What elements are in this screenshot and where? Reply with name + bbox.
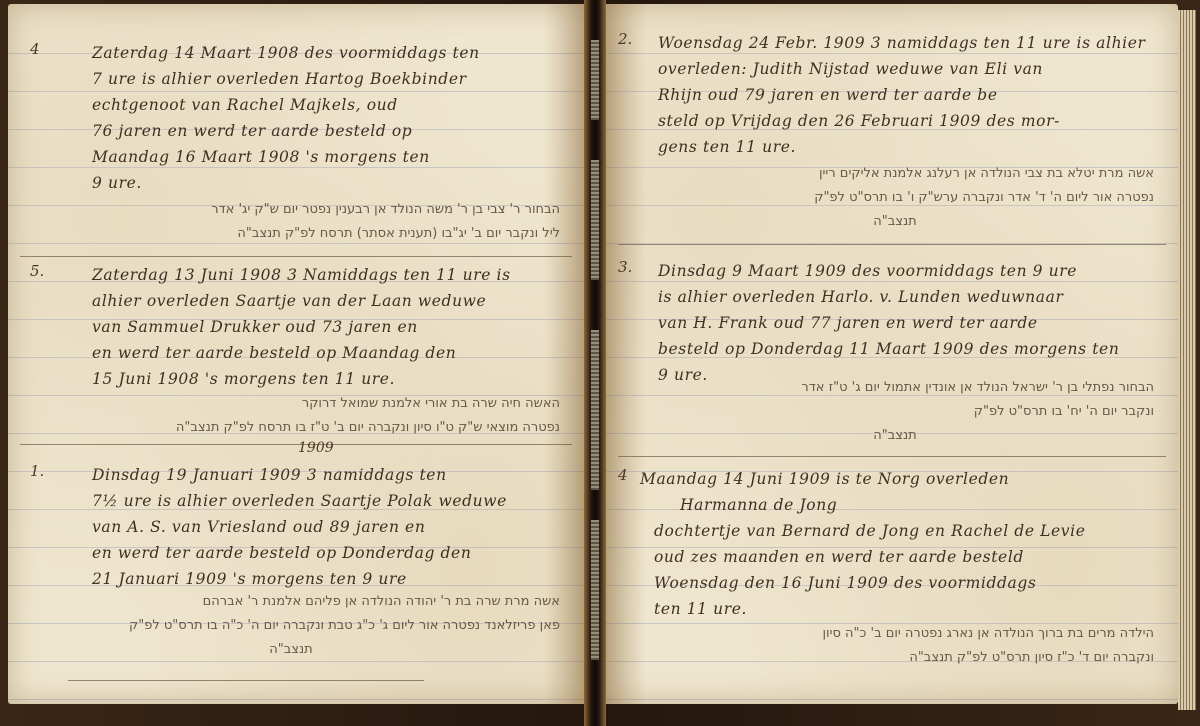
- record-line: Woensdag den 16 Juni 1909 des voormiddag…: [640, 570, 1154, 596]
- record-line: overleden: Judith Nijstad weduwe van Eli…: [658, 56, 1154, 82]
- hebrew-line: תנצב"ה: [22, 638, 560, 662]
- record-line: dochtertje van Bernard de Jong en Rachel…: [640, 518, 1154, 544]
- dutch-record: Dinsdag 9 Maart 1909 des voormiddags ten…: [658, 258, 1154, 388]
- record-line: Zaterdag 13 Juni 1908 3 Namiddags ten 11…: [92, 262, 560, 288]
- hebrew-line: אשה מרת יטלא בת צבי הנולדה אן רעלנג אלמנ…: [636, 162, 1154, 186]
- hebrew-line: תנצב"ה: [636, 210, 1154, 234]
- record-line: steld op Vrijdag den 26 Februari 1909 de…: [658, 108, 1154, 134]
- hebrew-annotation: הילדה מרים בת ברוך הנולדה אן נארג נפטרה …: [646, 622, 1154, 670]
- record-line: van Sammuel Drukker oud 73 jaren en: [92, 314, 560, 340]
- year-heading: 1909: [298, 440, 334, 456]
- hebrew-line: האשה חיה שרה בת אורי אלמנת שמואל דרוקר: [28, 392, 560, 416]
- hebrew-line: ונקבר יום ה' יח' בו תרס"ט לפ"ק: [636, 400, 1154, 424]
- record-line: Rhijn oud 79 jaren en werd ter aarde be: [658, 82, 1154, 108]
- record-line: van A. S. van Vriesland oud 89 jaren en: [92, 514, 560, 540]
- entry-separator: [20, 256, 572, 257]
- entry-separator: [68, 680, 424, 681]
- left-page: 4 Zaterdag 14 Maart 1908 des voormiddags…: [8, 4, 584, 704]
- hebrew-line: תנצב"ה: [636, 424, 1154, 448]
- entry-number: 5.: [30, 262, 44, 280]
- hebrew-line: הילדה מרים בת ברוך הנולדה אן נארג נפטרה …: [646, 622, 1154, 646]
- binding-thread: [591, 40, 599, 120]
- page-edges: [1178, 10, 1196, 710]
- record-line: ten 11 ure.: [640, 596, 1154, 622]
- record-line: Dinsdag 19 Januari 1909 3 namiddags ten: [92, 462, 560, 488]
- record-line: en werd ter aarde besteld op Donderdag d…: [92, 540, 560, 566]
- record-line: 7 ure is alhier overleden Hartog Boekbin…: [92, 66, 560, 92]
- entry-separator: [618, 244, 1166, 245]
- record-line: Dinsdag 9 Maart 1909 des voormiddags ten…: [658, 258, 1154, 284]
- binding-thread: [591, 520, 599, 660]
- entry-number: 4: [618, 466, 628, 484]
- binding-thread: [591, 330, 599, 490]
- entry-number: 4: [30, 40, 40, 58]
- hebrew-annotation: הבחור ר' צבי בן ר' משה הנולד אן רבענין נ…: [68, 198, 560, 246]
- record-line: besteld op Donderdag 11 Maart 1909 des m…: [658, 336, 1154, 362]
- record-line: Zaterdag 14 Maart 1908 des voormiddags t…: [92, 40, 560, 66]
- entry-number: 2.: [618, 30, 632, 48]
- record-line: 9 ure.: [92, 170, 560, 196]
- record-line: Maandag 14 Juni 1909 is te Norg overlede…: [640, 466, 1154, 492]
- hebrew-annotation: אשה מרת יטלא בת צבי הנולדה אן רעלנג אלמנ…: [636, 162, 1154, 234]
- dutch-record: Maandag 14 Juni 1909 is te Norg overlede…: [640, 466, 1154, 622]
- hebrew-annotation: האשה חיה שרה בת אורי אלמנת שמואל דרוקר נ…: [28, 392, 560, 440]
- book-binding-gutter: [584, 0, 606, 726]
- record-line: 76 jaren en werd ter aarde besteld op: [92, 118, 560, 144]
- record-line: oud zes maanden en werd ter aarde bestel…: [640, 544, 1154, 570]
- entry-separator: [20, 444, 572, 445]
- dutch-record: Zaterdag 14 Maart 1908 des voormiddags t…: [92, 40, 560, 196]
- record-line: Woensdag 24 Febr. 1909 3 namiddags ten 1…: [658, 30, 1154, 56]
- entry-number: 3.: [618, 258, 632, 276]
- dutch-record: Woensdag 24 Febr. 1909 3 namiddags ten 1…: [658, 30, 1154, 160]
- open-ledger-spread: 4 Zaterdag 14 Maart 1908 des voormiddags…: [0, 0, 1200, 726]
- record-line: 7½ ure is alhier overleden Saartje Polak…: [92, 488, 560, 514]
- right-page: 2. Woensdag 24 Febr. 1909 3 namiddags te…: [606, 4, 1178, 704]
- record-line: gens ten 11 ure.: [658, 134, 1154, 160]
- hebrew-line: נפטרה אור ליום ה' ד' אדר ונקברה ערש"ק ו'…: [636, 186, 1154, 210]
- record-line: van H. Frank oud 77 jaren en werd ter aa…: [658, 310, 1154, 336]
- dutch-record: Dinsdag 19 Januari 1909 3 namiddags ten …: [92, 462, 560, 592]
- hebrew-line: אשה מרת שרה בת ר' יהודה הנולדה אן פליהם …: [22, 590, 560, 614]
- record-line: en werd ter aarde besteld op Maandag den: [92, 340, 560, 366]
- hebrew-line: ונקברה יום ד' כ"ז סיון תרס"ט לפ"ק תנצב"ה: [646, 646, 1154, 670]
- record-line: Maandag 16 Maart 1908 's morgens ten: [92, 144, 560, 170]
- hebrew-annotation: הבחור נפתלי בן ר' ישראל הנולד אן אונדין …: [636, 376, 1154, 448]
- record-line: 15 Juni 1908 's morgens ten 11 ure.: [92, 366, 560, 392]
- hebrew-line: ליל ונקבר יום ב' יג"בו (תענית אסתר) תרסח…: [68, 222, 560, 246]
- record-line: echtgenoot van Rachel Majkels, oud: [92, 92, 560, 118]
- binding-thread: [591, 160, 599, 280]
- entry-number: 1.: [30, 462, 44, 480]
- hebrew-line: הבחור ר' צבי בן ר' משה הנולד אן רבענין נ…: [68, 198, 560, 222]
- entry-separator: [618, 456, 1166, 457]
- hebrew-annotation: אשה מרת שרה בת ר' יהודה הנולדה אן פליהם …: [22, 590, 560, 662]
- hebrew-line: הבחור נפתלי בן ר' ישראל הנולד אן אונדין …: [636, 376, 1154, 400]
- dutch-record: Zaterdag 13 Juni 1908 3 Namiddags ten 11…: [92, 262, 560, 392]
- record-line: 21 Januari 1909 's morgens ten 9 ure: [92, 566, 560, 592]
- record-line: alhier overleden Saartje van der Laan we…: [92, 288, 560, 314]
- record-line: is alhier overleden Harlo. v. Lunden wed…: [658, 284, 1154, 310]
- hebrew-line: פאן פריזלאנד נפטרה אור ליום ג' כ"ג טבת ו…: [22, 614, 560, 638]
- hebrew-line: נפטרה מוצאי ש"ק ט"ו סיון ונקברה יום ב' ט…: [28, 416, 560, 440]
- record-line: Harmanna de Jong: [640, 492, 1154, 518]
